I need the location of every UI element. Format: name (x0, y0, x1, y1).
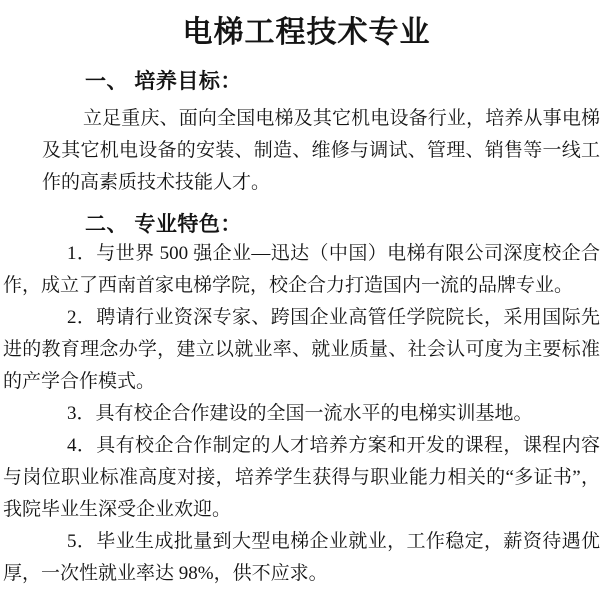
feature-item-5: 5．毕业生成批量到大型电梯企业就业，工作稳定，薪资待遇优厚，一次性就业率达 98… (3, 526, 600, 590)
paragraph-objectives: 立足重庆、面向全国电梯及其它机电设备行业，培养从事电梯及其它机电设备的安装、制造… (42, 103, 600, 199)
feature-item-1: 1．与世界 500 强企业—迅达（中国）电梯有限公司深度校企合作，成立了西南首家… (3, 238, 600, 302)
document-title: 电梯工程技术专业 (0, 14, 613, 52)
feature-item-2: 2．聘请行业资深专家、跨国企业高管任学院院长，采用国际先进的教育理念办学，建立以… (3, 302, 600, 398)
document-page: 电梯工程技术专业 一、 培养目标： 立足重庆、面向全国电梯及其它机电设备行业，培… (0, 0, 613, 593)
section-heading-objectives: 一、 培养目标： (85, 69, 600, 95)
feature-item-4: 4．具有校企合作制定的人才培养方案和开发的课程，课程内容与岗位职业标准高度对接，… (3, 430, 600, 526)
feature-item-3: 3．具有校企合作建设的全国一流水平的电梯实训基地。 (3, 398, 600, 430)
section-heading-features: 二、 专业特色： (85, 212, 600, 238)
